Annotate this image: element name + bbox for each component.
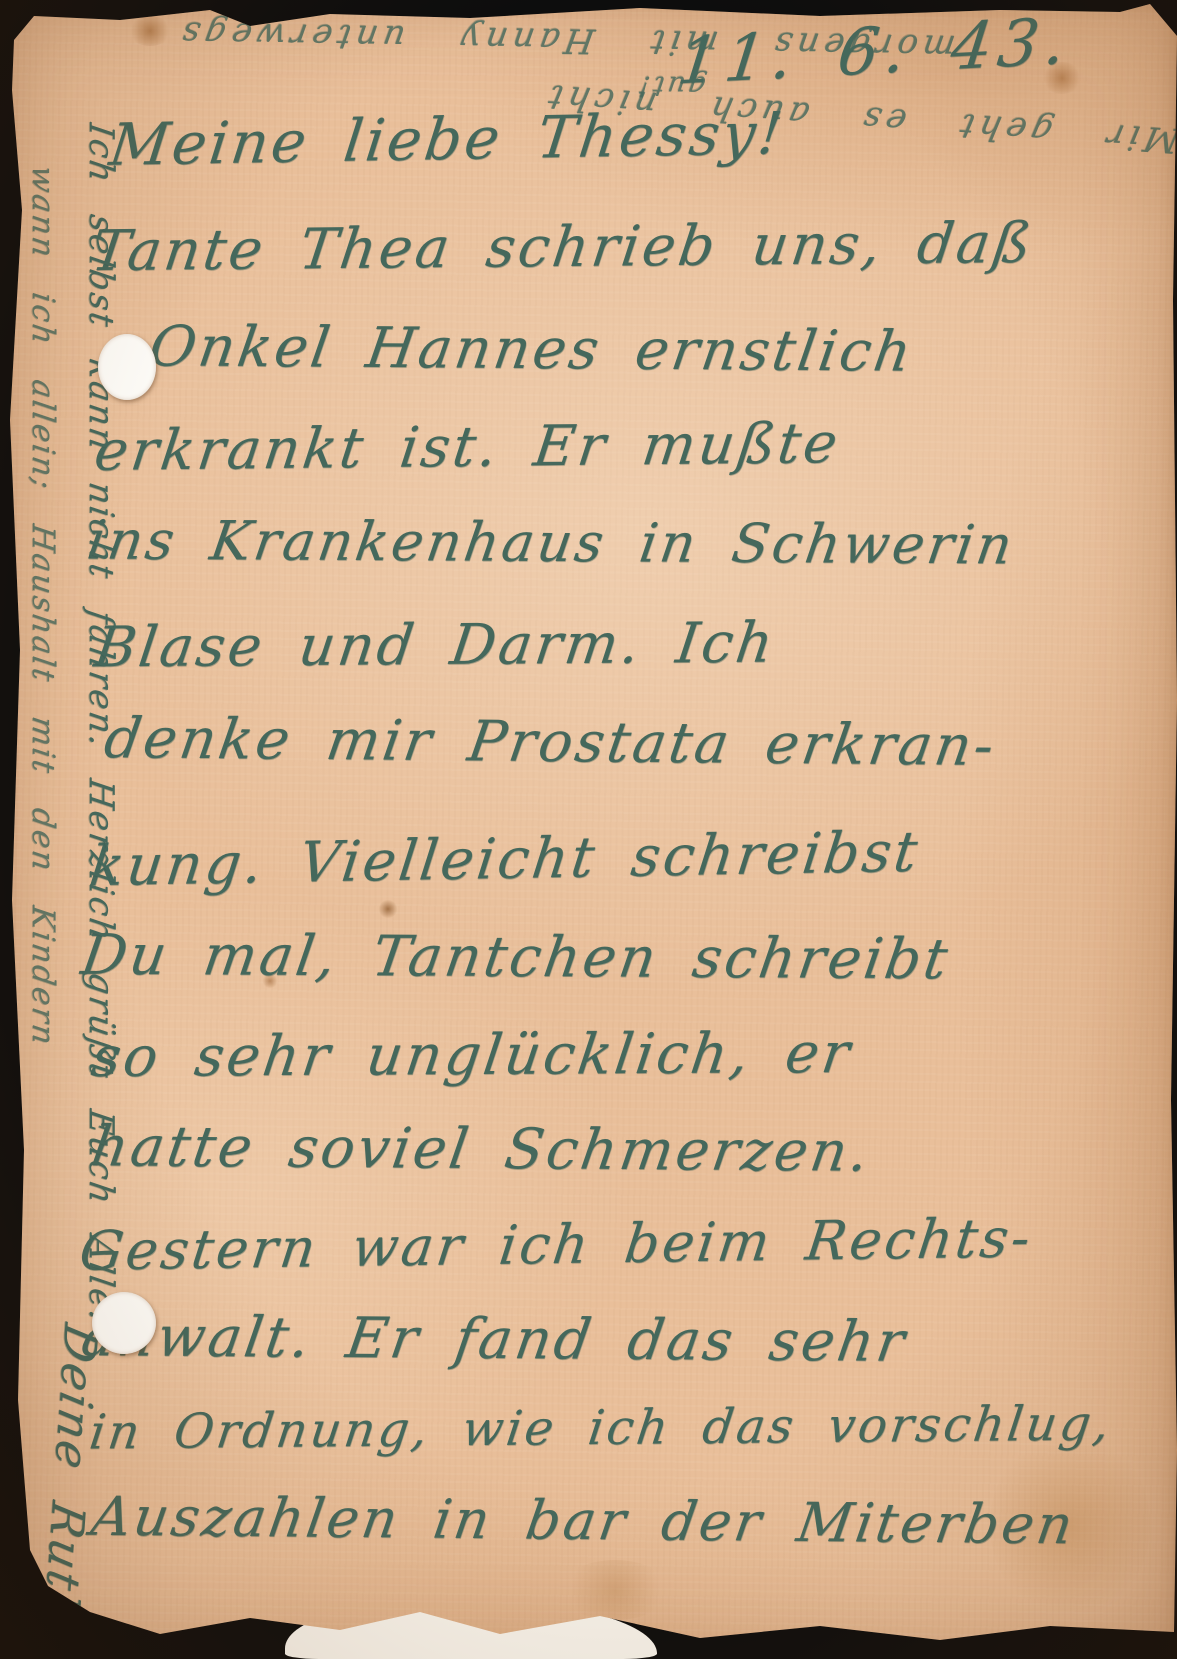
handwriting-line: erkrankt ist. Er mußte bbox=[91, 416, 843, 480]
letter-date: 11. 6. 43. bbox=[674, 9, 1075, 94]
margin-note-outer: wann ich allein; Haushalt mit den Kinder… bbox=[27, 164, 58, 1049]
handwriting-line: kung. Vielleicht schreibst bbox=[87, 825, 923, 896]
punch-hole-bottom bbox=[92, 1292, 156, 1354]
handwriting-line: anwalt. Er fand das sehr bbox=[78, 1309, 911, 1371]
handwriting-line: denke mir Prostata erkran- bbox=[101, 711, 1000, 775]
handwriting-line: Du mal, Tantchen schreibt bbox=[78, 928, 954, 989]
margin-signature: Deine Ruth bbox=[38, 1320, 104, 1628]
scanned-postcard: morgens mit Hanny unterwegs Mir geht es … bbox=[0, 0, 1177, 1659]
handwriting-line: Tante Thea schrieb uns, daß bbox=[88, 216, 1037, 280]
handwriting-line: so sehr unglücklich, er bbox=[88, 1026, 855, 1086]
handwriting-line: ins Krankenhaus in Schwerin bbox=[84, 514, 1018, 573]
margin-note-inner: Ich selbst kann nicht fahren. Herzlich g… bbox=[84, 121, 118, 1328]
punch-hole-top bbox=[98, 334, 156, 400]
handwriting-line: Gestern war ich beim Rechts- bbox=[77, 1211, 1036, 1278]
stain bbox=[128, 16, 172, 46]
stain bbox=[560, 1560, 670, 1620]
stain bbox=[378, 900, 398, 918]
handwriting-line: in Ordnung, wie ich das vorschlug, bbox=[87, 1400, 1115, 1457]
letter-salutation: Meine liebe Thessy! bbox=[106, 104, 788, 174]
handwriting-line: Auszahlen in bar der Miterben bbox=[88, 1490, 1079, 1553]
postcard-paper: morgens mit Hanny unterwegs Mir geht es … bbox=[0, 0, 1177, 1659]
handwriting-line: Onkel Hannes ernstlich bbox=[146, 319, 918, 380]
handwriting-line: hatte soviel Schmerzen. bbox=[88, 1119, 875, 1180]
handwriting-line: Blase und Darm. Ich bbox=[91, 616, 779, 677]
